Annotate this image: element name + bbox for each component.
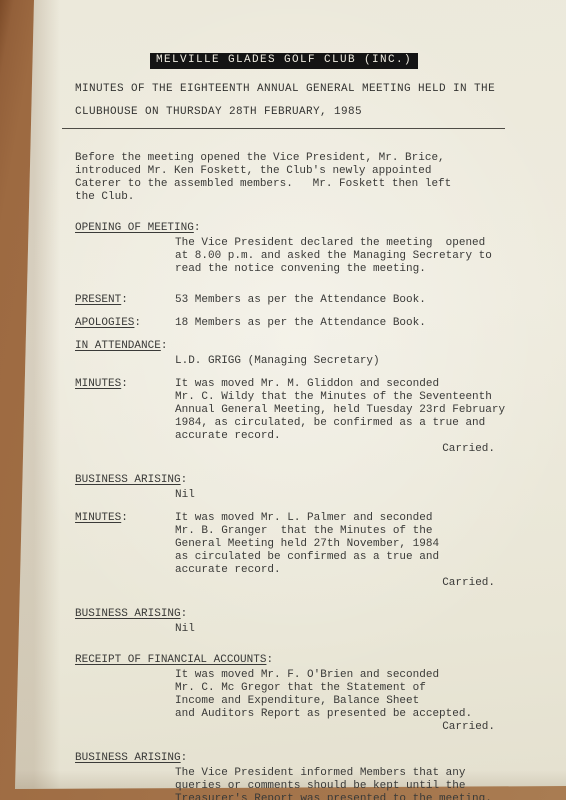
section: MINUTES:It was moved Mr. M. Gliddon and … (75, 378, 520, 456)
section: APOLOGIES:18 Members as per the Attendan… (75, 317, 520, 330)
section-label-text: APOLOGIES (75, 317, 134, 329)
section: IN ATTENDANCE:L.D. GRIGG (Managing Secre… (75, 340, 520, 368)
section: BUSINESS ARISING:The Vice President info… (75, 752, 520, 800)
section-heading: BUSINESS ARISING: (75, 474, 520, 487)
document: MELVILLE GLADES GOLF CLUB (INC.) MINUTES… (75, 0, 520, 800)
horizontal-rule (62, 128, 505, 129)
section-body: 18 Members as per the Attendance Book. (175, 317, 520, 330)
section-body: It was moved Mr. M. Gliddon and seconded… (175, 378, 520, 443)
section-content: 18 Members as per the Attendance Book. (175, 317, 520, 330)
section-heading-text: IN ATTENDANCE (75, 340, 161, 352)
section-body: 53 Members as per the Attendance Book. (175, 294, 520, 307)
section-heading-text: BUSINESS ARISING (75, 474, 181, 486)
section-label-text: MINUTES (75, 512, 121, 524)
section-heading-text: BUSINESS ARISING (75, 752, 181, 764)
section: Before the meeting opened the Vice Presi… (75, 152, 520, 204)
section-content: 53 Members as per the Attendance Book. (175, 294, 520, 307)
section-heading: OPENING OF MEETING: (75, 222, 520, 235)
section-content: It was moved Mr. L. Palmer and seconded … (175, 512, 520, 590)
section: OPENING OF MEETING:The Vice President de… (75, 222, 520, 276)
carried-note: Carried. (175, 443, 520, 456)
section-body: The Vice President declared the meeting … (175, 237, 520, 276)
section: PRESENT:53 Members as per the Attendance… (75, 294, 520, 307)
section: RECEIPT OF FINANCIAL ACCOUNTS:It was mov… (75, 654, 520, 734)
document-sections: Before the meeting opened the Vice Presi… (75, 152, 520, 800)
section-content: It was moved Mr. M. Gliddon and seconded… (175, 378, 520, 456)
section-heading: IN ATTENDANCE: (75, 340, 520, 353)
section-heading-text: OPENING OF MEETING (75, 222, 194, 234)
section: BUSINESS ARISING:Nil (75, 474, 520, 502)
section-body: L.D. GRIGG (Managing Secretary) (175, 355, 520, 368)
carried-note: Carried. (175, 721, 520, 734)
club-name-banner: MELVILLE GLADES GOLF CLUB (INC.) (150, 53, 418, 69)
section-label: MINUTES: (75, 378, 175, 391)
section-heading: BUSINESS ARISING: (75, 608, 520, 621)
section-heading-text: BUSINESS ARISING (75, 608, 181, 620)
section-body: Before the meeting opened the Vice Presi… (75, 152, 520, 204)
section-label: PRESENT: (75, 294, 175, 307)
section-heading: RECEIPT OF FINANCIAL ACCOUNTS: (75, 654, 520, 667)
meeting-title-line1: MINUTES OF THE EIGHTEENTH ANNUAL GENERAL… (75, 83, 495, 95)
section-heading-text: RECEIPT OF FINANCIAL ACCOUNTS (75, 654, 266, 666)
section: MINUTES:It was moved Mr. L. Palmer and s… (75, 512, 520, 590)
section-heading: BUSINESS ARISING: (75, 752, 520, 765)
section-body: Nil (175, 489, 520, 502)
section-body: The Vice President informed Members that… (175, 767, 520, 800)
meeting-title-line2: CLUBHOUSE ON THURSDAY 28TH FEBRUARY, 198… (75, 106, 362, 118)
carried-note: Carried. (175, 577, 520, 590)
section: BUSINESS ARISING:Nil (75, 608, 520, 636)
section-label: APOLOGIES: (75, 317, 175, 330)
section-body: It was moved Mr. L. Palmer and seconded … (175, 512, 520, 577)
section-body: Nil (175, 623, 520, 636)
meeting-title: MINUTES OF THE EIGHTEENTH ANNUAL GENERAL… (75, 78, 520, 124)
section-label-text: PRESENT (75, 294, 121, 306)
section-label-text: MINUTES (75, 378, 121, 390)
section-label: MINUTES: (75, 512, 175, 525)
section-body: It was moved Mr. F. O'Brien and seconded… (175, 669, 520, 721)
